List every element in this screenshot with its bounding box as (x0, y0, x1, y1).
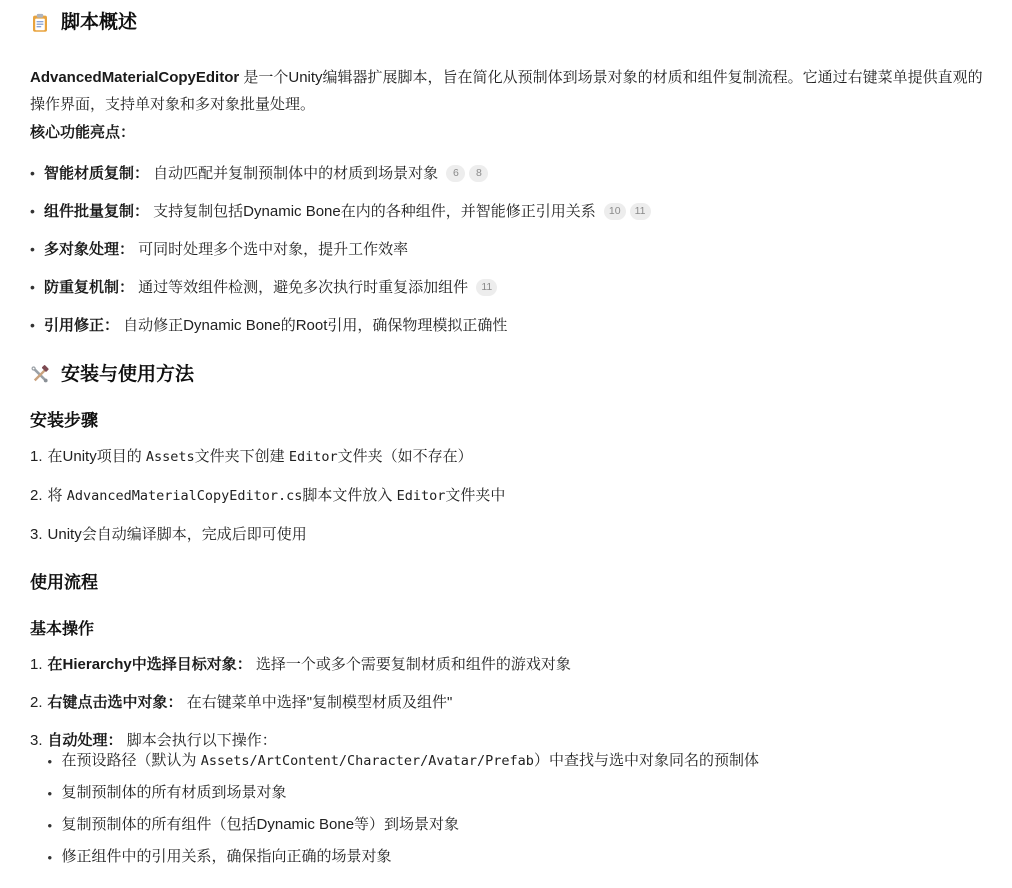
install-steps-list: 1. 在Unity项目的 Assets文件夹下创建 Editor文件夹（如不存在… (30, 446, 985, 545)
numbered-item-text: 自动处理： 脚本会执行以下操作： • 在预设路径（默认为 Assets/ArtC… (48, 730, 985, 879)
citation-badge[interactable]: 10 (604, 203, 626, 220)
numbered-item: 3. 自动处理： 脚本会执行以下操作： • 在预设路径（默认为 Assets/A… (30, 730, 985, 879)
inline-code: Assets/ArtContent/Character/Avatar/Prefa… (201, 753, 534, 769)
bold-text: 在Hierarchy中选择目标对象： (48, 656, 252, 673)
bullet-dot: • (30, 201, 44, 222)
bold-text: AdvancedMaterialCopyEditor (30, 69, 239, 86)
item-number: 1. (30, 446, 43, 467)
numbered-item-lead: 自动处理： 脚本会执行以下操作： (48, 732, 277, 749)
bold-text: 引用修正： (44, 317, 119, 334)
highlights-list: • 智能材质复制： 自动匹配并复制预制体中的材质到场景对象 68 • 组件批量复… (30, 163, 985, 336)
section-heading-install: 安装与使用方法 (30, 362, 985, 388)
item-number: 1. (30, 654, 43, 675)
sub-list-item-text: 复制预制体的所有组件（包括Dynamic Bone等）到场景对象 (62, 815, 985, 835)
bullet-dot: • (30, 315, 44, 336)
item-number: 2. (30, 692, 43, 713)
sub-list-item: • 修正组件中的引用关系，确保指向正确的场景对象 (48, 847, 985, 868)
inline-code: Editor (289, 449, 338, 465)
subheading-install-steps: 安装步骤 (30, 410, 985, 432)
bullet-dot: • (48, 815, 62, 836)
item-number: 3. (30, 524, 43, 545)
list-item-text: 多对象处理： 可同时处理多个选中对象，提升工作效率 (44, 239, 985, 260)
clipboard-icon (30, 13, 50, 33)
list-item: • 多对象处理： 可同时处理多个选中对象，提升工作效率 (30, 239, 985, 260)
bold-text: 自动处理： (48, 732, 123, 749)
list-item-text: 引用修正： 自动修正Dynamic Bone的Root引用，确保物理模拟正确性 (44, 315, 985, 336)
list-item: • 组件批量复制： 支持复制包括Dynamic Bone在内的各种组件，并智能修… (30, 201, 985, 222)
numbered-item-text: 将 AdvancedMaterialCopyEditor.cs脚本文件放入 Ed… (48, 485, 985, 507)
bullet-dot: • (48, 751, 62, 772)
inline-code: Editor (397, 488, 446, 504)
numbered-item: 2. 将 AdvancedMaterialCopyEditor.cs脚本文件放入… (30, 485, 985, 507)
list-item-text: 防重复机制： 通过等效组件检测，避免多次执行时重复添加组件 11 (44, 277, 985, 298)
section-heading-overview: 脚本概述 (30, 10, 985, 36)
sub-list-item: • 复制预制体的所有材质到场景对象 (48, 783, 985, 804)
subheading-basic-ops: 基本操作 (30, 620, 985, 640)
sub-list-item: • 复制预制体的所有组件（包括Dynamic Bone等）到场景对象 (48, 815, 985, 836)
citation-badge[interactable]: 11 (630, 203, 651, 220)
sub-list-item-text: 修正组件中的引用关系，确保指向正确的场景对象 (62, 847, 985, 867)
citation-badge[interactable]: 11 (476, 279, 497, 296)
sub-list-item-text: 复制预制体的所有材质到场景对象 (62, 783, 985, 803)
subheading-usage-flow: 使用流程 (30, 572, 985, 594)
inline-code: Assets (146, 449, 195, 465)
bold-text: 多对象处理： (44, 241, 134, 258)
numbered-item-text: 在Unity项目的 Assets文件夹下创建 Editor文件夹（如不存在） (48, 446, 985, 468)
intro-paragraph: AdvancedMaterialCopyEditor 是一个Unity编辑器扩展… (30, 64, 985, 118)
bullet-dot: • (30, 163, 44, 184)
highlights-label: 核心功能亮点： (30, 122, 985, 143)
bullet-dot: • (30, 277, 44, 298)
auto-process-sublist: • 在预设路径（默认为 Assets/ArtContent/Character/… (48, 751, 985, 868)
bold-text: 组件批量复制： (44, 203, 149, 220)
bullet-dot: • (48, 783, 62, 804)
citation-badge[interactable]: 6 (446, 165, 465, 182)
bold-text: 防重复机制： (44, 279, 134, 296)
list-item: • 智能材质复制： 自动匹配并复制预制体中的材质到场景对象 68 (30, 163, 985, 184)
list-item: • 防重复机制： 通过等效组件检测，避免多次执行时重复添加组件 11 (30, 277, 985, 298)
inline-code: AdvancedMaterialCopyEditor.cs (67, 488, 303, 504)
numbered-item: 3. Unity会自动编译脚本，完成后即可使用 (30, 524, 985, 545)
bullet-dot: • (30, 239, 44, 260)
section-heading-text: 安装与使用方法 (61, 362, 194, 388)
numbered-item-text: Unity会自动编译脚本，完成后即可使用 (48, 524, 985, 545)
bold-text: 右键点击选中对象： (48, 694, 183, 711)
bold-text: 智能材质复制： (44, 165, 149, 182)
sub-list-item-text: 在预设路径（默认为 Assets/ArtContent/Character/Av… (62, 751, 985, 771)
hammer-and-wrench-icon (30, 365, 50, 385)
numbered-item: 1. 在Unity项目的 Assets文件夹下创建 Editor文件夹（如不存在… (30, 446, 985, 468)
numbered-item: 1. 在Hierarchy中选择目标对象： 选择一个或多个需要复制材质和组件的游… (30, 654, 985, 675)
numbered-item: 2. 右键点击选中对象： 在右键菜单中选择"复制模型材质及组件" (30, 692, 985, 713)
citation-badge[interactable]: 8 (469, 165, 488, 182)
sub-list-item: • 在预设路径（默认为 Assets/ArtContent/Character/… (48, 751, 985, 772)
usage-steps-list: 1. 在Hierarchy中选择目标对象： 选择一个或多个需要复制材质和组件的游… (30, 654, 985, 879)
bullet-dot: • (48, 847, 62, 868)
item-number: 3. (30, 730, 43, 751)
item-number: 2. (30, 485, 43, 506)
list-item-text: 智能材质复制： 自动匹配并复制预制体中的材质到场景对象 68 (44, 163, 985, 184)
numbered-item-text: 右键点击选中对象： 在右键菜单中选择"复制模型材质及组件" (48, 692, 985, 713)
list-item-text: 组件批量复制： 支持复制包括Dynamic Bone在内的各种组件，并智能修正引… (44, 201, 985, 222)
list-item: • 引用修正： 自动修正Dynamic Bone的Root引用，确保物理模拟正确… (30, 315, 985, 336)
section-heading-text: 脚本概述 (61, 10, 137, 36)
document-body: 脚本概述 AdvancedMaterialCopyEditor 是一个Unity… (0, 0, 1012, 879)
numbered-item-text: 在Hierarchy中选择目标对象： 选择一个或多个需要复制材质和组件的游戏对象 (48, 654, 985, 675)
